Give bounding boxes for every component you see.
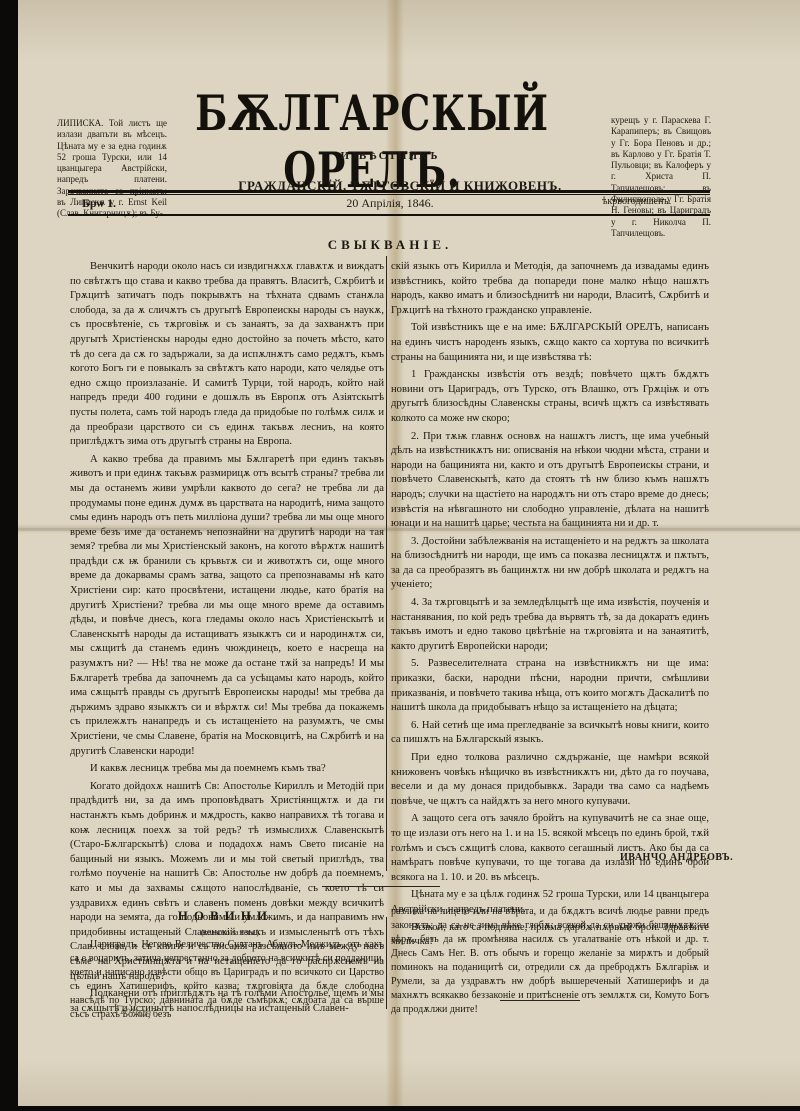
issue-periodicity: ѣкрвогодишенъ.: [602, 196, 671, 207]
issue-number: Брѡ 1.: [82, 196, 116, 211]
article-paragraph: 2. При тѫѭ главнѫ основѫ на нашѫтъ листъ…: [391, 430, 709, 532]
masthead-rule-thick: [68, 190, 710, 193]
article-paragraph: Венчкитѣ народи около насъ си извдигнѫхѫ…: [70, 260, 384, 450]
article-paragraph: При едно толкова различно сѫдържаніе, ще…: [391, 751, 709, 809]
dateline-rule: [68, 214, 710, 216]
article-column-left: Венчкитѣ народи около насъ си извдигнѫхѫ…: [70, 260, 384, 1019]
news-column-divider: [386, 917, 387, 1009]
article-paragraph: 3. Достойни забѣлежванія на истащеніето …: [391, 535, 709, 593]
article-paragraph: 5. Развеселителната страна на извѣстникѫ…: [391, 657, 709, 715]
article-paragraph: А какво требва да правимъ мы Бѫлгаретѣ п…: [70, 453, 384, 759]
article-paragraph: 6. Най сетнѣ ще има прегледваніе за всич…: [391, 719, 709, 748]
news-section-subtitle: (колкото за сега.): [150, 928, 310, 937]
article-title: СВЫКВАНІЕ.: [300, 237, 480, 253]
section-separator: [322, 886, 440, 887]
end-rule: [500, 1000, 580, 1001]
issue-date: 20 Апрілія, 1846.: [320, 196, 460, 211]
news-section-title: НОВИНИ.: [150, 908, 310, 924]
article-paragraph: А защото сега отъ зачяло бройтъ на купув…: [391, 812, 709, 885]
article-column-right: скій языкъ отъ Кирилла и Методія, да зап…: [391, 260, 709, 953]
article-paragraph: скій языкъ отъ Кирилла и Методія, да зап…: [391, 260, 709, 318]
subscription-note-right: курещъ у г. Параскева Г. Карапиперъ; въ …: [611, 115, 711, 239]
article-paragraph: Той извѣстникъ ще е на име: БѪЛГАРСКЫЙ О…: [391, 321, 709, 365]
article-paragraph: И каквѫ лесницѫ требва мы да поемнемъ къ…: [70, 762, 384, 777]
article-paragraph: 4. За тѫрговцытѣ и за земледѣлцытѣ ще им…: [391, 596, 709, 654]
masthead-rule-thin: [68, 194, 710, 195]
author-signature: ИВАНЧО АНДРЕОВЪ.: [620, 852, 733, 863]
masthead-subtitle: ИЗВѢСТНИКЪ: [340, 150, 440, 162]
column-divider: [386, 256, 387, 871]
article-paragraph: 1 Гражданскы извѣстія отъ вездѣ; повѣчет…: [391, 368, 709, 426]
